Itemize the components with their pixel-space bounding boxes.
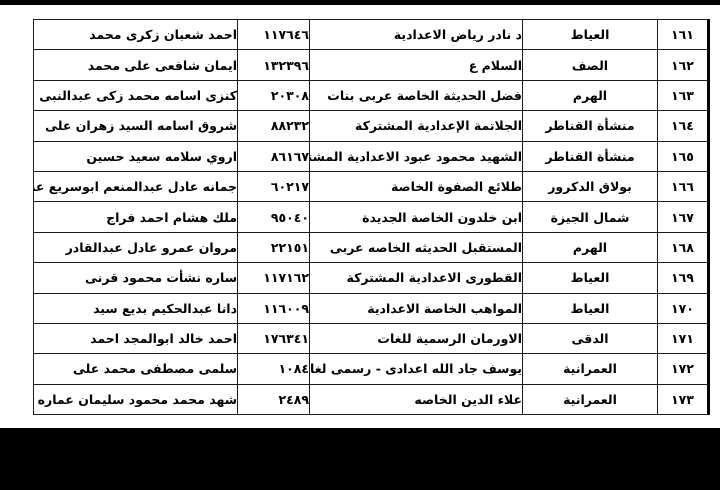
table-body: ١٦١العياطد نادر رياض الاعدادية١١٧٦٤٦احمد… <box>34 20 709 415</box>
school-name-cell: الاورمان الرسمية للغات <box>310 323 523 353</box>
seat-number-cell: ١١٧١٦٢ <box>238 263 310 293</box>
school-name-cell: السلام ع <box>310 50 523 80</box>
serial-number-cell: ١٦٦ <box>658 171 709 201</box>
table-row: ١٧١الدقىالاورمان الرسمية للغات١٧٦٣٤١احمد… <box>34 323 709 353</box>
seat-number-cell: ٢٠٣٠٨ <box>238 80 310 110</box>
school-name-cell: فضل الحديثة الخاصة عربى بنات <box>310 80 523 110</box>
student-name-cell: شروق اسامه السيد زهران على <box>34 111 238 141</box>
serial-number-cell: ١٦٥ <box>658 141 709 171</box>
table-row: ١٦٩العياطالقطورى الاعدادية المشتركة١١٧١٦… <box>34 263 709 293</box>
school-name-cell: المواهب الخاصة الاعدادية <box>310 293 523 323</box>
serial-number-cell: ١٧١ <box>658 323 709 353</box>
district-cell: الهرم <box>523 232 658 262</box>
seat-number-cell: ٨٦١٦٧ <box>238 141 310 171</box>
table-row: ١٦١العياطد نادر رياض الاعدادية١١٧٦٤٦احمد… <box>34 20 709 50</box>
table-row: ١٦٣الهرمفضل الحديثة الخاصة عربى بنات٢٠٣٠… <box>34 80 709 110</box>
district-cell: منشأة القناطر <box>523 111 658 141</box>
school-name-cell: المستقبل الحديثه الخاصه عربى <box>310 232 523 262</box>
seat-number-cell: ٩٥٠٤٠ <box>238 202 310 232</box>
district-cell: العياط <box>523 263 658 293</box>
table-row: ١٧٠العياطالمواهب الخاصة الاعدادية١١٦٠٠٩د… <box>34 293 709 323</box>
serial-number-cell: ١٦٣ <box>658 80 709 110</box>
district-cell: العياط <box>523 20 658 50</box>
students-roster-table: ١٦١العياطد نادر رياض الاعدادية١١٧٦٤٦احمد… <box>33 19 710 415</box>
district-cell: بولاق الدكرور <box>523 171 658 201</box>
table-row: ١٦٧شمال الجيزةابن خلدون الخاصة الجديدة٩٥… <box>34 202 709 232</box>
table-row: ١٧٣العمرانيةعلاء الدين الخاصه٢٤٨٩شهد محم… <box>34 384 709 414</box>
seat-number-cell: ٢٤٨٩ <box>238 384 310 414</box>
student-name-cell: احمد خالد ابوالمجد احمد <box>34 323 238 353</box>
seat-number-cell: ١١٧٦٤٦ <box>238 20 310 50</box>
table-row: ١٦٢الصفالسلام ع١٣٢٣٩٦ايمان شافعى على محم… <box>34 50 709 80</box>
school-name-cell: يوسف جاد الله اعدادى - رسمى لغات <box>310 354 523 384</box>
serial-number-cell: ١٦٩ <box>658 263 709 293</box>
district-cell: الدقى <box>523 323 658 353</box>
seat-number-cell: ١١٦٠٠٩ <box>238 293 310 323</box>
district-cell: العمرانية <box>523 354 658 384</box>
district-cell: الصف <box>523 50 658 80</box>
student-name-cell: جمانه عادل عبدالمنعم ابوسريع عبدالله <box>34 171 238 201</box>
seat-number-cell: ٢٢١٥١ <box>238 232 310 262</box>
serial-number-cell: ١٦٢ <box>658 50 709 80</box>
student-name-cell: اروي سلامه سعيد حسين <box>34 141 238 171</box>
table-row: ١٦٤منشأة القناطرالجلاتمة الإعدادية المشت… <box>34 111 709 141</box>
bottom-black-bar <box>0 428 720 490</box>
seat-number-cell: ١٣٢٣٩٦ <box>238 50 310 80</box>
serial-number-cell: ١٦٨ <box>658 232 709 262</box>
district-cell: العمرانية <box>523 384 658 414</box>
seat-number-cell: ١٠٨٤ <box>238 354 310 384</box>
student-name-cell: احمد شعبان زكرى محمد <box>34 20 238 50</box>
serial-number-cell: ١٦٤ <box>658 111 709 141</box>
student-name-cell: شهد محمد محمود سليمان عماره <box>34 384 238 414</box>
seat-number-cell: ٦٠٢١٧ <box>238 171 310 201</box>
school-name-cell: الشهيد محمود عبود الاعدادية المشتركة <box>310 141 523 171</box>
table-row: ١٧٢العمرانيةيوسف جاد الله اعدادى - رسمى … <box>34 354 709 384</box>
student-name-cell: ايمان شافعى على محمد <box>34 50 238 80</box>
serial-number-cell: ١٧٠ <box>658 293 709 323</box>
student-name-cell: ساره نشأت محمود قرنى <box>34 263 238 293</box>
school-name-cell: الجلاتمة الإعدادية المشتركة <box>310 111 523 141</box>
school-name-cell: ابن خلدون الخاصة الجديدة <box>310 202 523 232</box>
student-name-cell: كنزى اسامه محمد زكى عبدالنبى <box>34 80 238 110</box>
district-cell: منشأة القناطر <box>523 141 658 171</box>
serial-number-cell: ١٧٢ <box>658 354 709 384</box>
table-row: ١٦٥منشأة القناطرالشهيد محمود عبود الاعدا… <box>34 141 709 171</box>
district-cell: شمال الجيزة <box>523 202 658 232</box>
district-cell: الهرم <box>523 80 658 110</box>
serial-number-cell: ١٧٣ <box>658 384 709 414</box>
district-cell: العياط <box>523 293 658 323</box>
serial-number-cell: ١٦١ <box>658 20 709 50</box>
serial-number-cell: ١٦٧ <box>658 202 709 232</box>
student-name-cell: سلمى مصطفى محمد على <box>34 354 238 384</box>
school-name-cell: علاء الدين الخاصه <box>310 384 523 414</box>
student-name-cell: مروان عمرو عادل عبدالقادر <box>34 232 238 262</box>
school-name-cell: د نادر رياض الاعدادية <box>310 20 523 50</box>
student-name-cell: ملك هشام احمد فراج <box>34 202 238 232</box>
top-black-bar <box>0 0 720 5</box>
student-name-cell: دانا عبدالحكيم بديع سيد <box>34 293 238 323</box>
school-name-cell: طلائع الصفوة الخاصة <box>310 171 523 201</box>
table-row: ١٦٦بولاق الدكرورطلائع الصفوة الخاصة٦٠٢١٧… <box>34 171 709 201</box>
school-name-cell: القطورى الاعدادية المشتركة <box>310 263 523 293</box>
table-row: ١٦٨الهرمالمستقبل الحديثه الخاصه عربى٢٢١٥… <box>34 232 709 262</box>
seat-number-cell: ٨٨٢٣٢ <box>238 111 310 141</box>
seat-number-cell: ١٧٦٣٤١ <box>238 323 310 353</box>
